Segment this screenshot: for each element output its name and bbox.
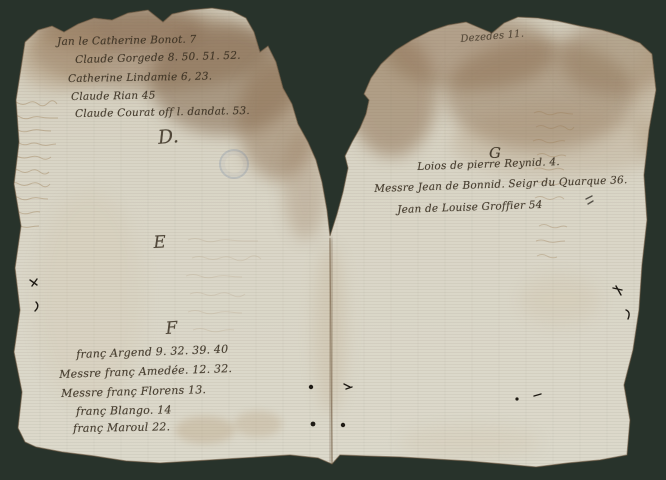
left-top-index-line: Jan le Catherine Bonot. 7 xyxy=(57,34,197,48)
initial-letter-f: F xyxy=(165,318,178,339)
handwriting-layer: Jan le Catherine Bonot. 7 Claude Gorgede… xyxy=(0,0,666,480)
right-index-line: Jean de Louise Groffier 54 xyxy=(397,199,543,216)
right-corner-note: Dezedes 11. xyxy=(460,28,525,45)
left-top-index-line: Catherine Lindamie 6, 23. xyxy=(68,70,212,85)
left-bottom-index-line: franç Argend 9. 32. 39. 40 xyxy=(76,343,229,361)
left-top-index-line: Claude Gorgede 8. 50. 51. 52. xyxy=(75,50,241,66)
left-top-index-line: Claude Courat off l. dandat. 53. xyxy=(75,105,250,120)
left-bottom-index-line: Messre franç Amedée. 12. 32. xyxy=(59,362,232,381)
archive-stamp xyxy=(219,149,249,179)
manuscript-scan: Jan le Catherine Bonot. 7 Claude Gorgede… xyxy=(0,0,666,480)
initial-letter-e: E xyxy=(153,232,167,253)
left-bottom-index-line: franç Blango. 14 xyxy=(76,403,172,418)
left-bottom-index-line: franç Maroul 22. xyxy=(73,420,170,435)
right-index-line: Messre Jean de Bonnid. Seigr du Quarque … xyxy=(374,174,628,195)
left-bottom-index-line: Messre franç Florens 13. xyxy=(61,383,206,400)
left-top-index-line: Claude Rian 45 xyxy=(71,90,156,103)
initial-letter-d: D. xyxy=(157,125,180,149)
right-index-line: Loios de pierre Reynid. 4. xyxy=(417,156,560,173)
